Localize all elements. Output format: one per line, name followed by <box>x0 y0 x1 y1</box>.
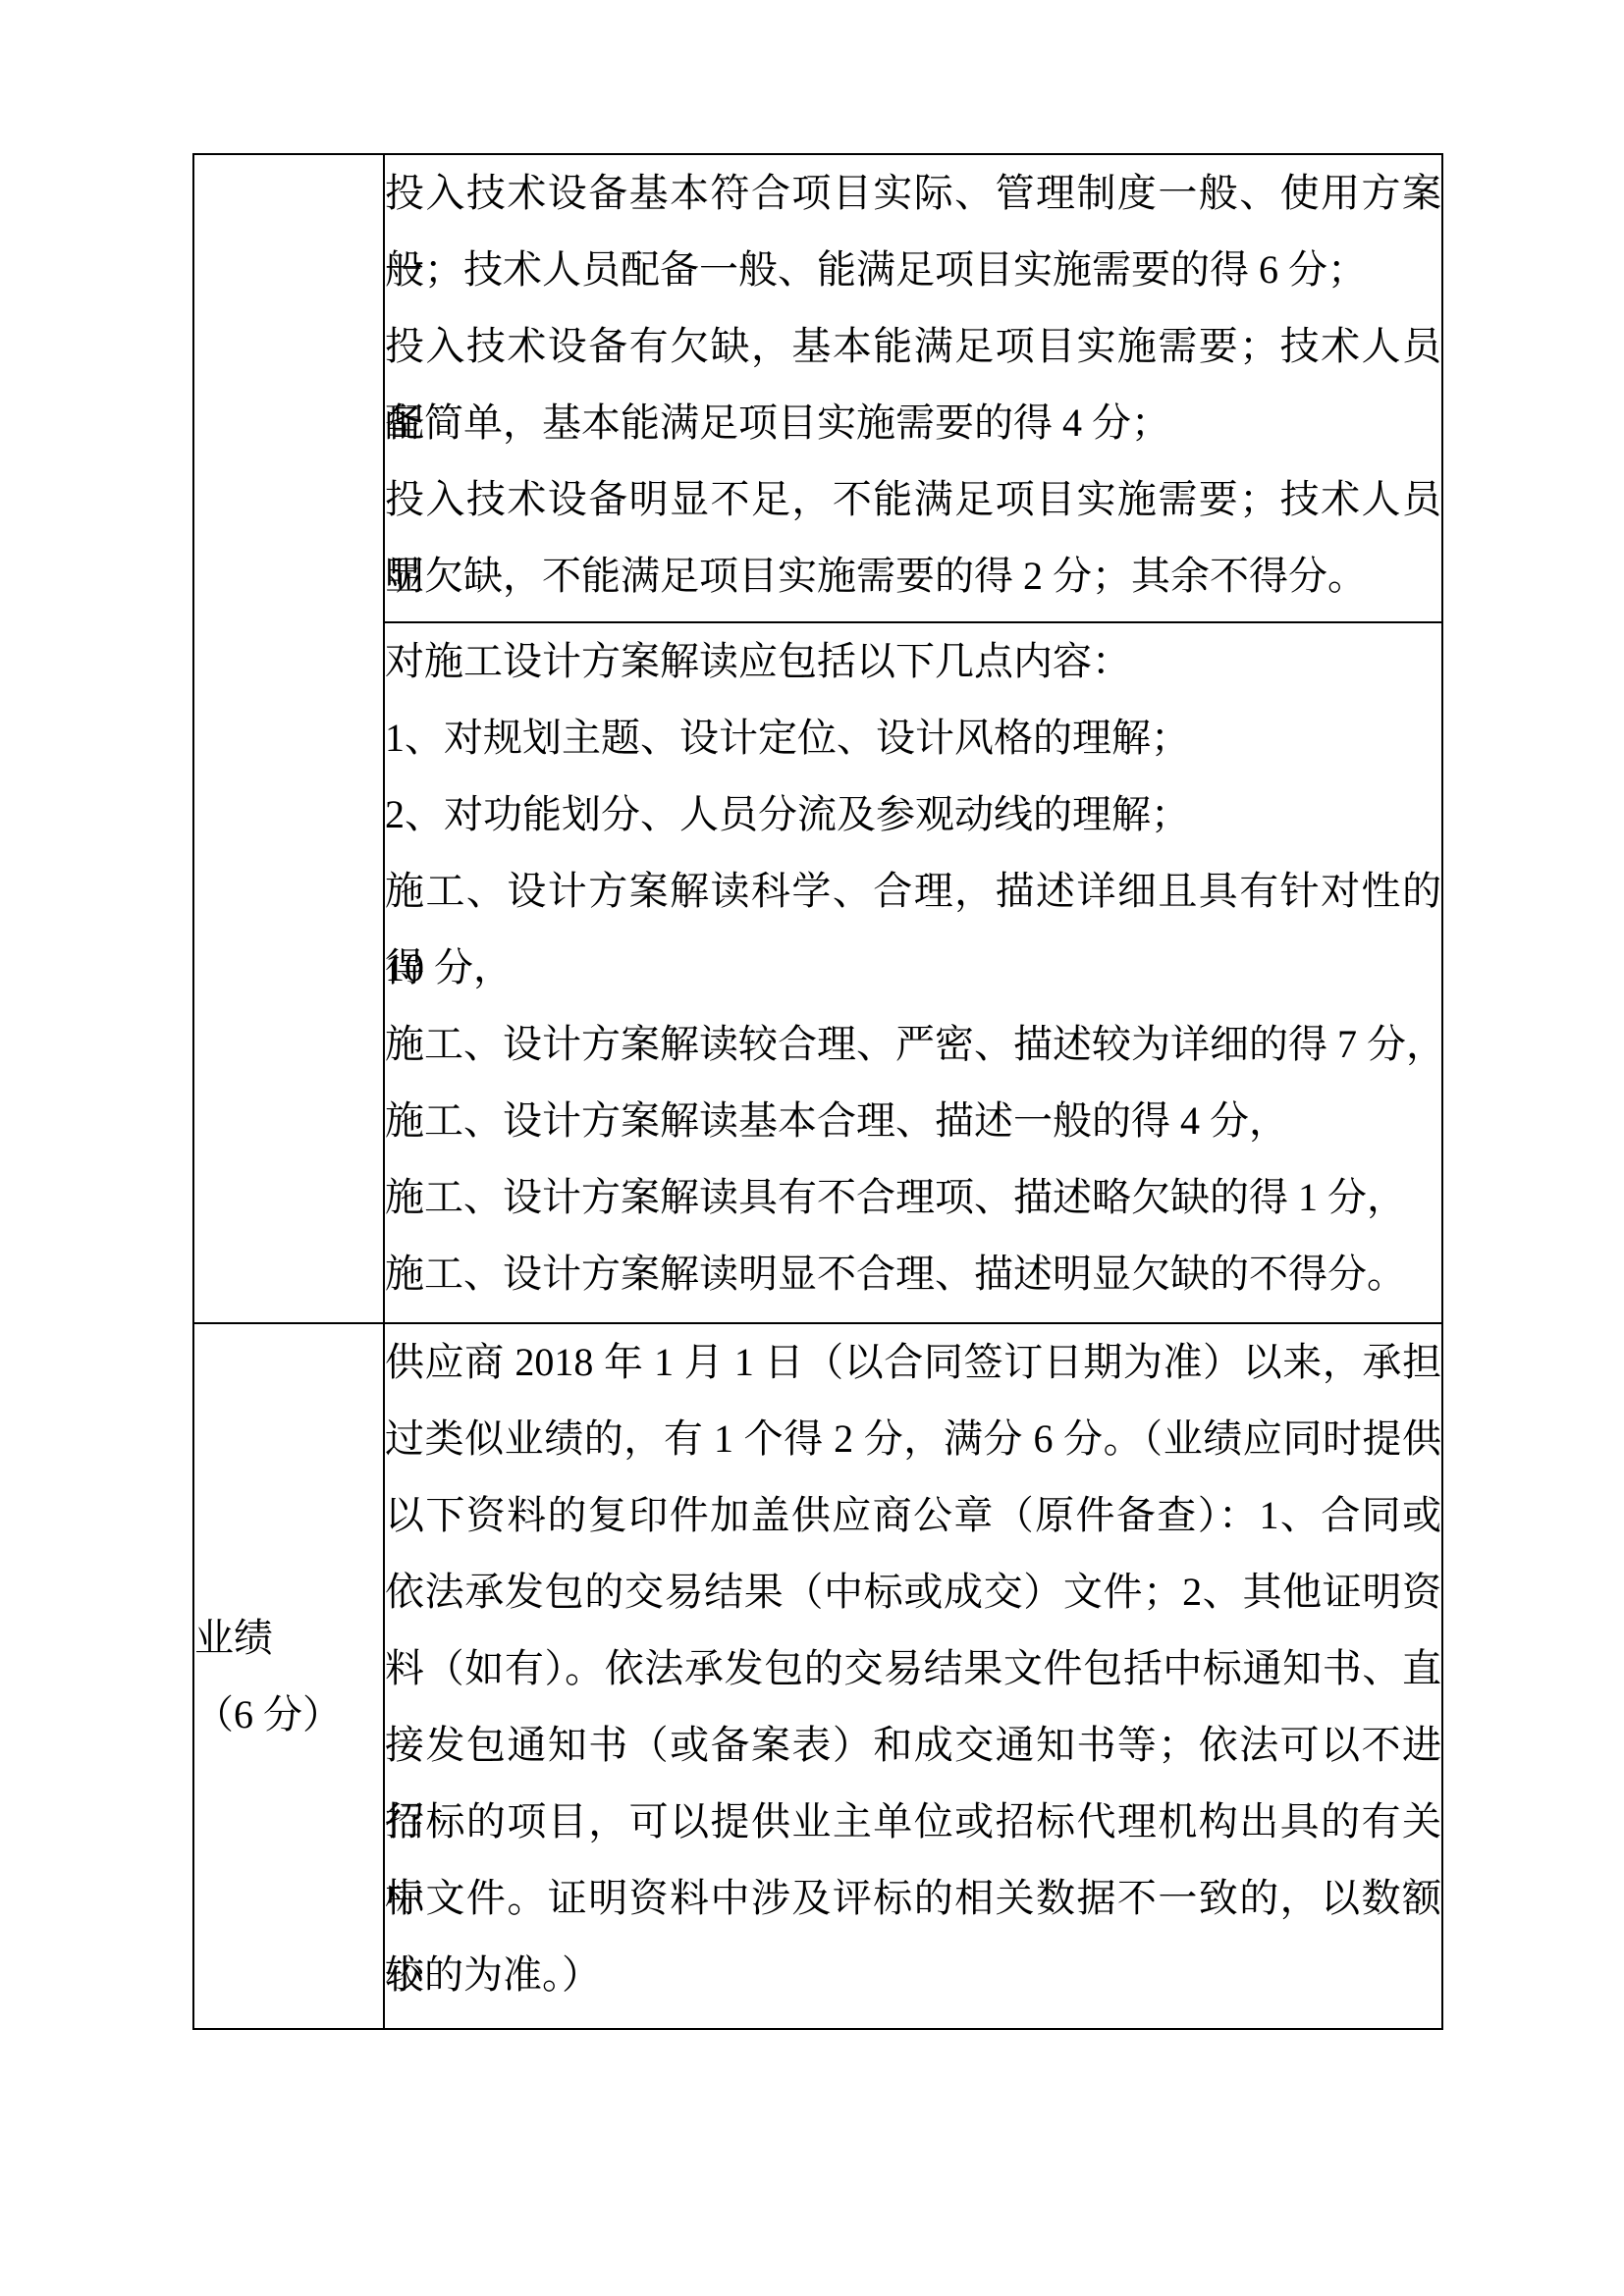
text-line: 过类似业绩的，有 1 个得 2 分，满分 6 分。（业绩应同时提供 <box>385 1401 1441 1477</box>
text-line: 供应商 2018 年 1 月 1 日（以合同签订日期为准）以来，承担 <box>385 1324 1441 1401</box>
label-cell-performance: 业绩（6 分） <box>193 1323 384 2029</box>
text-line: 施工、设计方案解读较合理、严密、描述较为详细的得 7 分， <box>385 1006 1441 1083</box>
text-line: 施工、设计方案解读具有不合理项、描述略欠缺的得 1 分， <box>385 1159 1441 1236</box>
text-line: 备简单，基本能满足项目实施需要的得 4 分； <box>385 385 1441 461</box>
text-line: 投入技术设备基本符合项目实际、管理制度一般、使用方案一 <box>385 155 1441 232</box>
text-line: 1、对规划主题、设计定位、设计风格的理解； <box>385 700 1441 776</box>
text-line: 依法承发包的交易结果（中标或成交）文件；2、其他证明资 <box>385 1554 1441 1630</box>
criteria-cell-performance: 供应商 2018 年 1 月 1 日（以合同签订日期为准）以来，承担过类似业绩的… <box>384 1323 1442 2029</box>
table-row: 业绩（6 分） 供应商 2018 年 1 月 1 日（以合同签订日期为准）以来，… <box>193 1323 1442 2029</box>
label-cell-blank <box>193 154 384 1323</box>
text-line: 般；技术人员配备一般、能满足项目实施需要的得 6 分； <box>385 232 1441 308</box>
document-page: 投入技术设备基本符合项目实际、管理制度一般、使用方案一般；技术人员配备一般、能满… <box>0 0 1624 2296</box>
evaluation-criteria-table: 投入技术设备基本符合项目实际、管理制度一般、使用方案一般；技术人员配备一般、能满… <box>192 153 1443 2030</box>
text-line: 显欠缺，不能满足项目实施需要的得 2 分；其余不得分。 <box>385 538 1441 614</box>
text-line: 招标的项目，可以提供业主单位或招标代理机构出具的有关中 <box>385 1784 1441 1860</box>
text-line: 10 分， <box>385 930 1441 1006</box>
text-line: 以下资料的复印件加盖供应商公章（原件备查）：1、合同或 <box>385 1477 1441 1554</box>
text-line: 小的为准。） <box>385 1937 1441 2013</box>
text-line: 对施工设计方案解读应包括以下几点内容： <box>385 623 1441 700</box>
text-line: 料（如有）。依法承发包的交易结果文件包括中标通知书、直 <box>385 1630 1441 1707</box>
text-line: 施工、设计方案解读基本合理、描述一般的得 4 分， <box>385 1083 1441 1159</box>
text-line: 投入技术设备有欠缺，基本能满足项目实施需要；技术人员配 <box>385 308 1441 385</box>
label-line: （6 分） <box>194 1677 383 1753</box>
text-line: 标文件。证明资料中涉及评标的相关数据不一致的，以数额较 <box>385 1860 1441 1937</box>
text-line: 施工、设计方案解读科学、合理，描述详细且具有针对性的得 <box>385 853 1441 930</box>
criteria-cell-design-plan-interpretation: 对施工设计方案解读应包括以下几点内容：1、对规划主题、设计定位、设计风格的理解；… <box>384 622 1442 1323</box>
text-line: 施工、设计方案解读明显不合理、描述明显欠缺的不得分。 <box>385 1236 1441 1312</box>
text-line: 2、对功能划分、人员分流及参观动线的理解； <box>385 776 1441 853</box>
text-line: 投入技术设备明显不足，不能满足项目实施需要；技术人员明 <box>385 461 1441 538</box>
label-line: 业绩 <box>194 1600 383 1677</box>
table-row: 投入技术设备基本符合项目实际、管理制度一般、使用方案一般；技术人员配备一般、能满… <box>193 154 1442 622</box>
criteria-cell-technical-equipment: 投入技术设备基本符合项目实际、管理制度一般、使用方案一般；技术人员配备一般、能满… <box>384 154 1442 622</box>
text-line: 接发包通知书（或备案表）和成交通知书等；依法可以不进行 <box>385 1707 1441 1784</box>
